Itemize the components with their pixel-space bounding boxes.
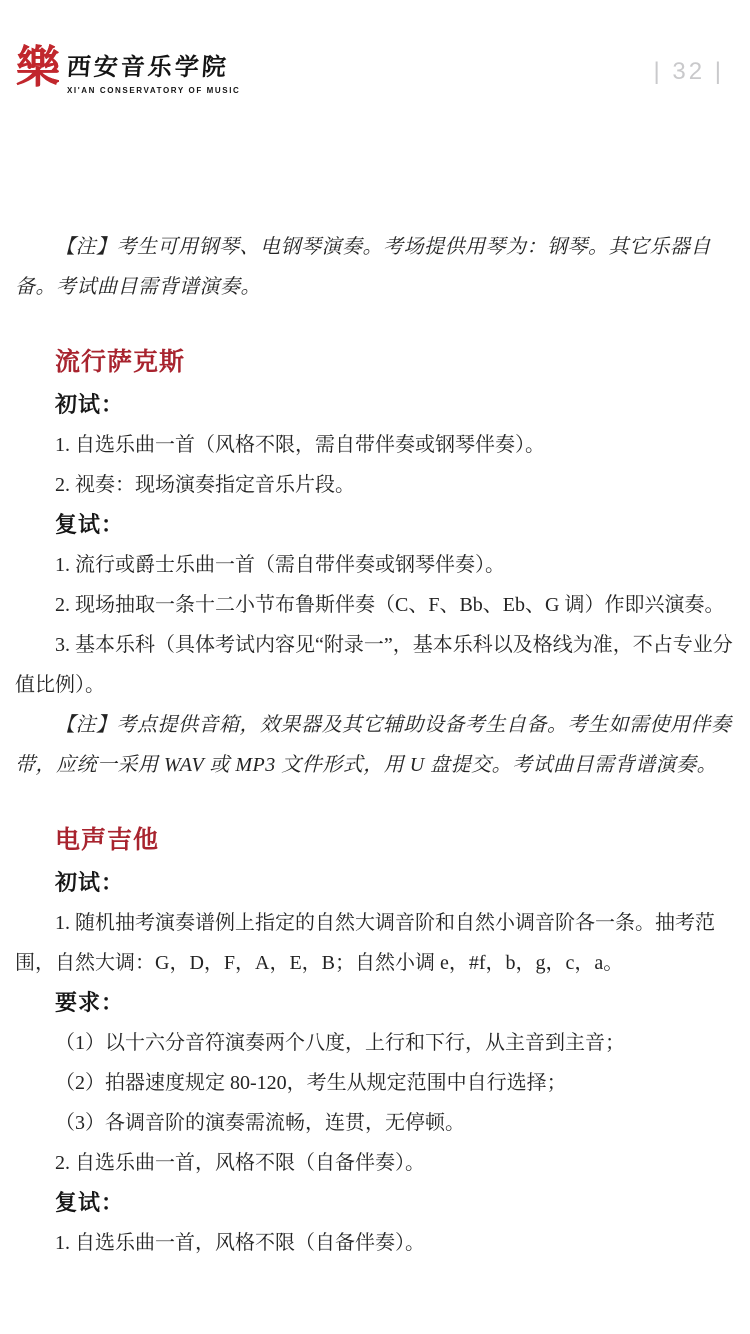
section-blocks: 初试：1. 随机抽考演奏谱例上指定的自然大调音阶和自然小调音阶各一条。抽考范围，…	[15, 863, 736, 1263]
conservatory-name-cn: 西安音乐学院	[66, 47, 242, 82]
section-title: 流行萨克斯	[15, 341, 736, 383]
requirement-item: 2. 自选乐曲一首，风格不限（自备伴奏）。	[15, 1143, 736, 1183]
requirement-item: 1. 自选乐曲一首（风格不限，需自带伴奏或钢琴伴奏）。	[15, 425, 736, 465]
document-page: 樂 西安音乐学院 XI'AN CONSERVATORY OF MUSIC | 3…	[0, 0, 750, 1334]
section-note: 【注】考点提供音箱，效果器及其它辅助设备考生自备。考生如需使用伴奏带，应统一采用…	[15, 705, 736, 785]
page-header: 樂 西安音乐学院 XI'AN CONSERVATORY OF MUSIC | 3…	[0, 0, 750, 95]
sections-container: 流行萨克斯 初试：1. 自选乐曲一首（风格不限，需自带伴奏或钢琴伴奏）。2. 视…	[15, 341, 736, 1263]
section-blocks: 初试：1. 自选乐曲一首（风格不限，需自带伴奏或钢琴伴奏）。2. 视奏：现场演奏…	[15, 385, 736, 785]
round-subheading: 复试：	[15, 1183, 736, 1223]
conservatory-seal-icon: 樂	[16, 44, 60, 92]
round-subheading: 复试：	[15, 505, 736, 545]
requirement-item: 3. 基本乐科（具体考试内容见“附录一”，基本乐科以及格线为准，不占专业分值比例…	[15, 625, 736, 705]
section-title: 电声吉他	[15, 819, 736, 861]
conservatory-name-en: XI'AN CONSERVATORY OF MUSIC	[67, 86, 240, 95]
document-body: 【注】考生可用钢琴、电钢琴演奏。考场提供用琴为：钢琴。其它乐器自备。考试曲目需背…	[0, 227, 750, 1263]
exam-section: 电声吉他 初试：1. 随机抽考演奏谱例上指定的自然大调音阶和自然小调音阶各一条。…	[15, 819, 736, 1263]
exam-section: 流行萨克斯 初试：1. 自选乐曲一首（风格不限，需自带伴奏或钢琴伴奏）。2. 视…	[15, 341, 736, 785]
intro-note: 【注】考生可用钢琴、电钢琴演奏。考场提供用琴为：钢琴。其它乐器自备。考试曲目需背…	[15, 227, 736, 307]
requirement-item: 1. 随机抽考演奏谱例上指定的自然大调音阶和自然小调音阶各一条。抽考范围，自然大…	[15, 903, 736, 983]
requirement-item: （3）各调音阶的演奏需流畅，连贯，无停顿。	[15, 1103, 736, 1143]
page-number: | 32 |	[654, 58, 725, 86]
conservatory-logo: 樂 西安音乐学院 XI'AN CONSERVATORY OF MUSIC	[16, 44, 240, 95]
requirement-item: 2. 视奏：现场演奏指定音乐片段。	[15, 465, 736, 505]
logo-text-block: 西安音乐学院 XI'AN CONSERVATORY OF MUSIC	[67, 44, 240, 95]
requirement-item: 1. 自选乐曲一首，风格不限（自备伴奏）。	[15, 1223, 736, 1263]
requirement-item: 1. 流行或爵士乐曲一首（需自带伴奏或钢琴伴奏）。	[15, 545, 736, 585]
requirement-item: （2）拍器速度规定 80-120，考生从规定范围中自行选择；	[15, 1063, 736, 1103]
round-subheading: 要求：	[15, 983, 736, 1023]
requirement-item: （1）以十六分音符演奏两个八度，上行和下行，从主音到主音；	[15, 1023, 736, 1063]
round-subheading: 初试：	[15, 385, 736, 425]
requirement-item: 2. 现场抽取一条十二小节布鲁斯伴奏（C、F、Bb、Eb、G 调）作即兴演奏。	[15, 585, 736, 625]
round-subheading: 初试：	[15, 863, 736, 903]
